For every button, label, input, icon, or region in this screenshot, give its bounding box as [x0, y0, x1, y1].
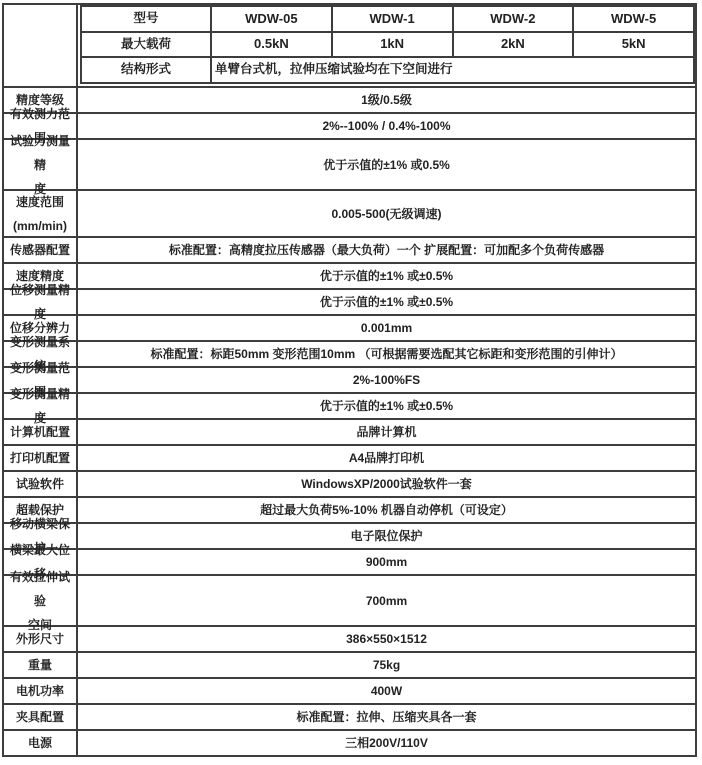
spec-label: 外形尺寸: [4, 627, 78, 651]
spec-label: 位移测量精度: [4, 290, 78, 314]
spec-label: 有效拉伸试验 空间: [4, 576, 78, 625]
spec-value: 700mm: [78, 576, 695, 625]
spec-row: 变形测量精度 优于示值的±1% 或±0.5%: [4, 392, 695, 418]
spec-row: 速度精度 优于示值的±1% 或±0.5%: [4, 262, 695, 288]
spec-label: 电源: [4, 731, 78, 755]
spec-row: 电源 三相200V/110V: [4, 729, 695, 755]
max-load-value: 1kN: [333, 33, 454, 57]
model-row-label: 型号: [82, 7, 212, 31]
spec-label: 变形测量精度: [4, 394, 78, 418]
spec-row: 打印机配置 A4品牌打印机: [4, 444, 695, 470]
model-header-zone: 型号 WDW-05 WDW-1 WDW-2 WDW-5 最大载荷 0.5kN 1…: [4, 5, 695, 86]
spec-row: 有效拉伸试验 空间 700mm: [4, 574, 695, 625]
spec-value: 品牌计算机: [78, 420, 695, 444]
spec-value: 400W: [78, 679, 695, 703]
spec-value: 386×550×1512: [78, 627, 695, 651]
spec-label: 重量: [4, 653, 78, 677]
spec-row: 精度等级 1级/0.5级: [4, 86, 695, 112]
spec-row: 变形测量系统 标准配置：标距50mm 变形范围10mm （可根据需要选配其它标距…: [4, 340, 695, 366]
spec-value: 优于示值的±1% 或±0.5%: [78, 264, 695, 288]
spec-value: 75kg: [78, 653, 695, 677]
model-name: WDW-1: [333, 7, 454, 31]
spec-row: 位移测量精度 优于示值的±1% 或±0.5%: [4, 288, 695, 314]
spec-label: 试验软件: [4, 472, 78, 496]
max-load-row-label: 最大载荷: [82, 33, 212, 57]
spec-table: 型号 WDW-05 WDW-1 WDW-2 WDW-5 最大载荷 0.5kN 1…: [2, 3, 697, 757]
structure-value: 单臂台式机，拉伸压缩试验均在下空间进行: [212, 58, 693, 82]
spec-value: 优于示值的±1% 或±0.5%: [78, 394, 695, 418]
corner-cell: [4, 5, 78, 86]
spec-row: 计算机配置 品牌计算机: [4, 418, 695, 444]
model-name: WDW-05: [212, 7, 333, 31]
model-name: WDW-2: [454, 7, 575, 31]
model-name-row: 型号 WDW-05 WDW-1 WDW-2 WDW-5: [82, 7, 693, 33]
spec-value: 0.005-500(无级调速): [78, 191, 695, 236]
spec-row: 重量 75kg: [4, 651, 695, 677]
max-load-value: 0.5kN: [212, 33, 333, 57]
spec-value: A4品牌打印机: [78, 446, 695, 470]
spec-value: 900mm: [78, 550, 695, 574]
spec-value: 三相200V/110V: [78, 731, 695, 755]
spec-value: 标准配置：标距50mm 变形范围10mm （可根据需要选配其它标距和变形范围的引…: [78, 342, 695, 366]
spec-label: 计算机配置: [4, 420, 78, 444]
spec-row: 试验软件 WindowsXP/2000试验软件一套: [4, 470, 695, 496]
max-load-row: 最大载荷 0.5kN 1kN 2kN 5kN: [82, 33, 693, 59]
spec-row: 外形尺寸 386×550×1512: [4, 625, 695, 651]
spec-row: 超载保护 超过最大负荷5%-10% 机器自动停机（可设定）: [4, 496, 695, 522]
spec-row: 电机功率 400W: [4, 677, 695, 703]
spec-label: 传感器配置: [4, 238, 78, 262]
spec-row: 试验力测量精 度 优于示值的±1% 或0.5%: [4, 138, 695, 189]
spec-value: 2%--100% / 0.4%-100%: [78, 114, 695, 138]
spec-row: 夹具配置 标准配置：拉伸、压缩夹具各一套: [4, 703, 695, 729]
structure-row-label: 结构形式: [82, 58, 212, 82]
model-header-table: 型号 WDW-05 WDW-1 WDW-2 WDW-5 最大载荷 0.5kN 1…: [80, 5, 695, 84]
spec-row: 速度范围 (mm/min) 0.005-500(无级调速): [4, 189, 695, 236]
spec-value: 标准配置：高精度拉压传感器（最大负荷）一个 扩展配置：可加配多个负荷传感器: [78, 238, 695, 262]
spec-row: 有效测力范围 2%--100% / 0.4%-100%: [4, 112, 695, 138]
spec-value: 标准配置：拉伸、压缩夹具各一套: [78, 705, 695, 729]
spec-value: 0.001mm: [78, 316, 695, 340]
spec-label: 试验力测量精 度: [4, 140, 78, 189]
spec-label: 打印机配置: [4, 446, 78, 470]
spec-row: 移动横梁保护 电子限位保护: [4, 522, 695, 548]
spec-value: WindowsXP/2000试验软件一套: [78, 472, 695, 496]
max-load-value: 5kN: [574, 33, 693, 57]
spec-label: 电机功率: [4, 679, 78, 703]
spec-value: 超过最大负荷5%-10% 机器自动停机（可设定）: [78, 498, 695, 522]
model-name: WDW-5: [574, 7, 693, 31]
spec-value: 2%-100%FS: [78, 368, 695, 392]
spec-value: 优于示值的±1% 或±0.5%: [78, 290, 695, 314]
spec-label: 夹具配置: [4, 705, 78, 729]
max-load-value: 2kN: [454, 33, 575, 57]
spec-label: 速度范围 (mm/min): [4, 191, 78, 236]
spec-value: 优于示值的±1% 或0.5%: [78, 140, 695, 189]
structure-row: 结构形式 单臂台式机，拉伸压缩试验均在下空间进行: [82, 58, 693, 82]
spec-value: 1级/0.5级: [78, 88, 695, 112]
spec-row: 横梁最大位移 900mm: [4, 548, 695, 574]
spec-row: 传感器配置 标准配置：高精度拉压传感器（最大负荷）一个 扩展配置：可加配多个负荷…: [4, 236, 695, 262]
spec-value: 电子限位保护: [78, 524, 695, 548]
spec-row: 位移分辨力 0.001mm: [4, 314, 695, 340]
spec-row: 变形测量范围 2%-100%FS: [4, 366, 695, 392]
